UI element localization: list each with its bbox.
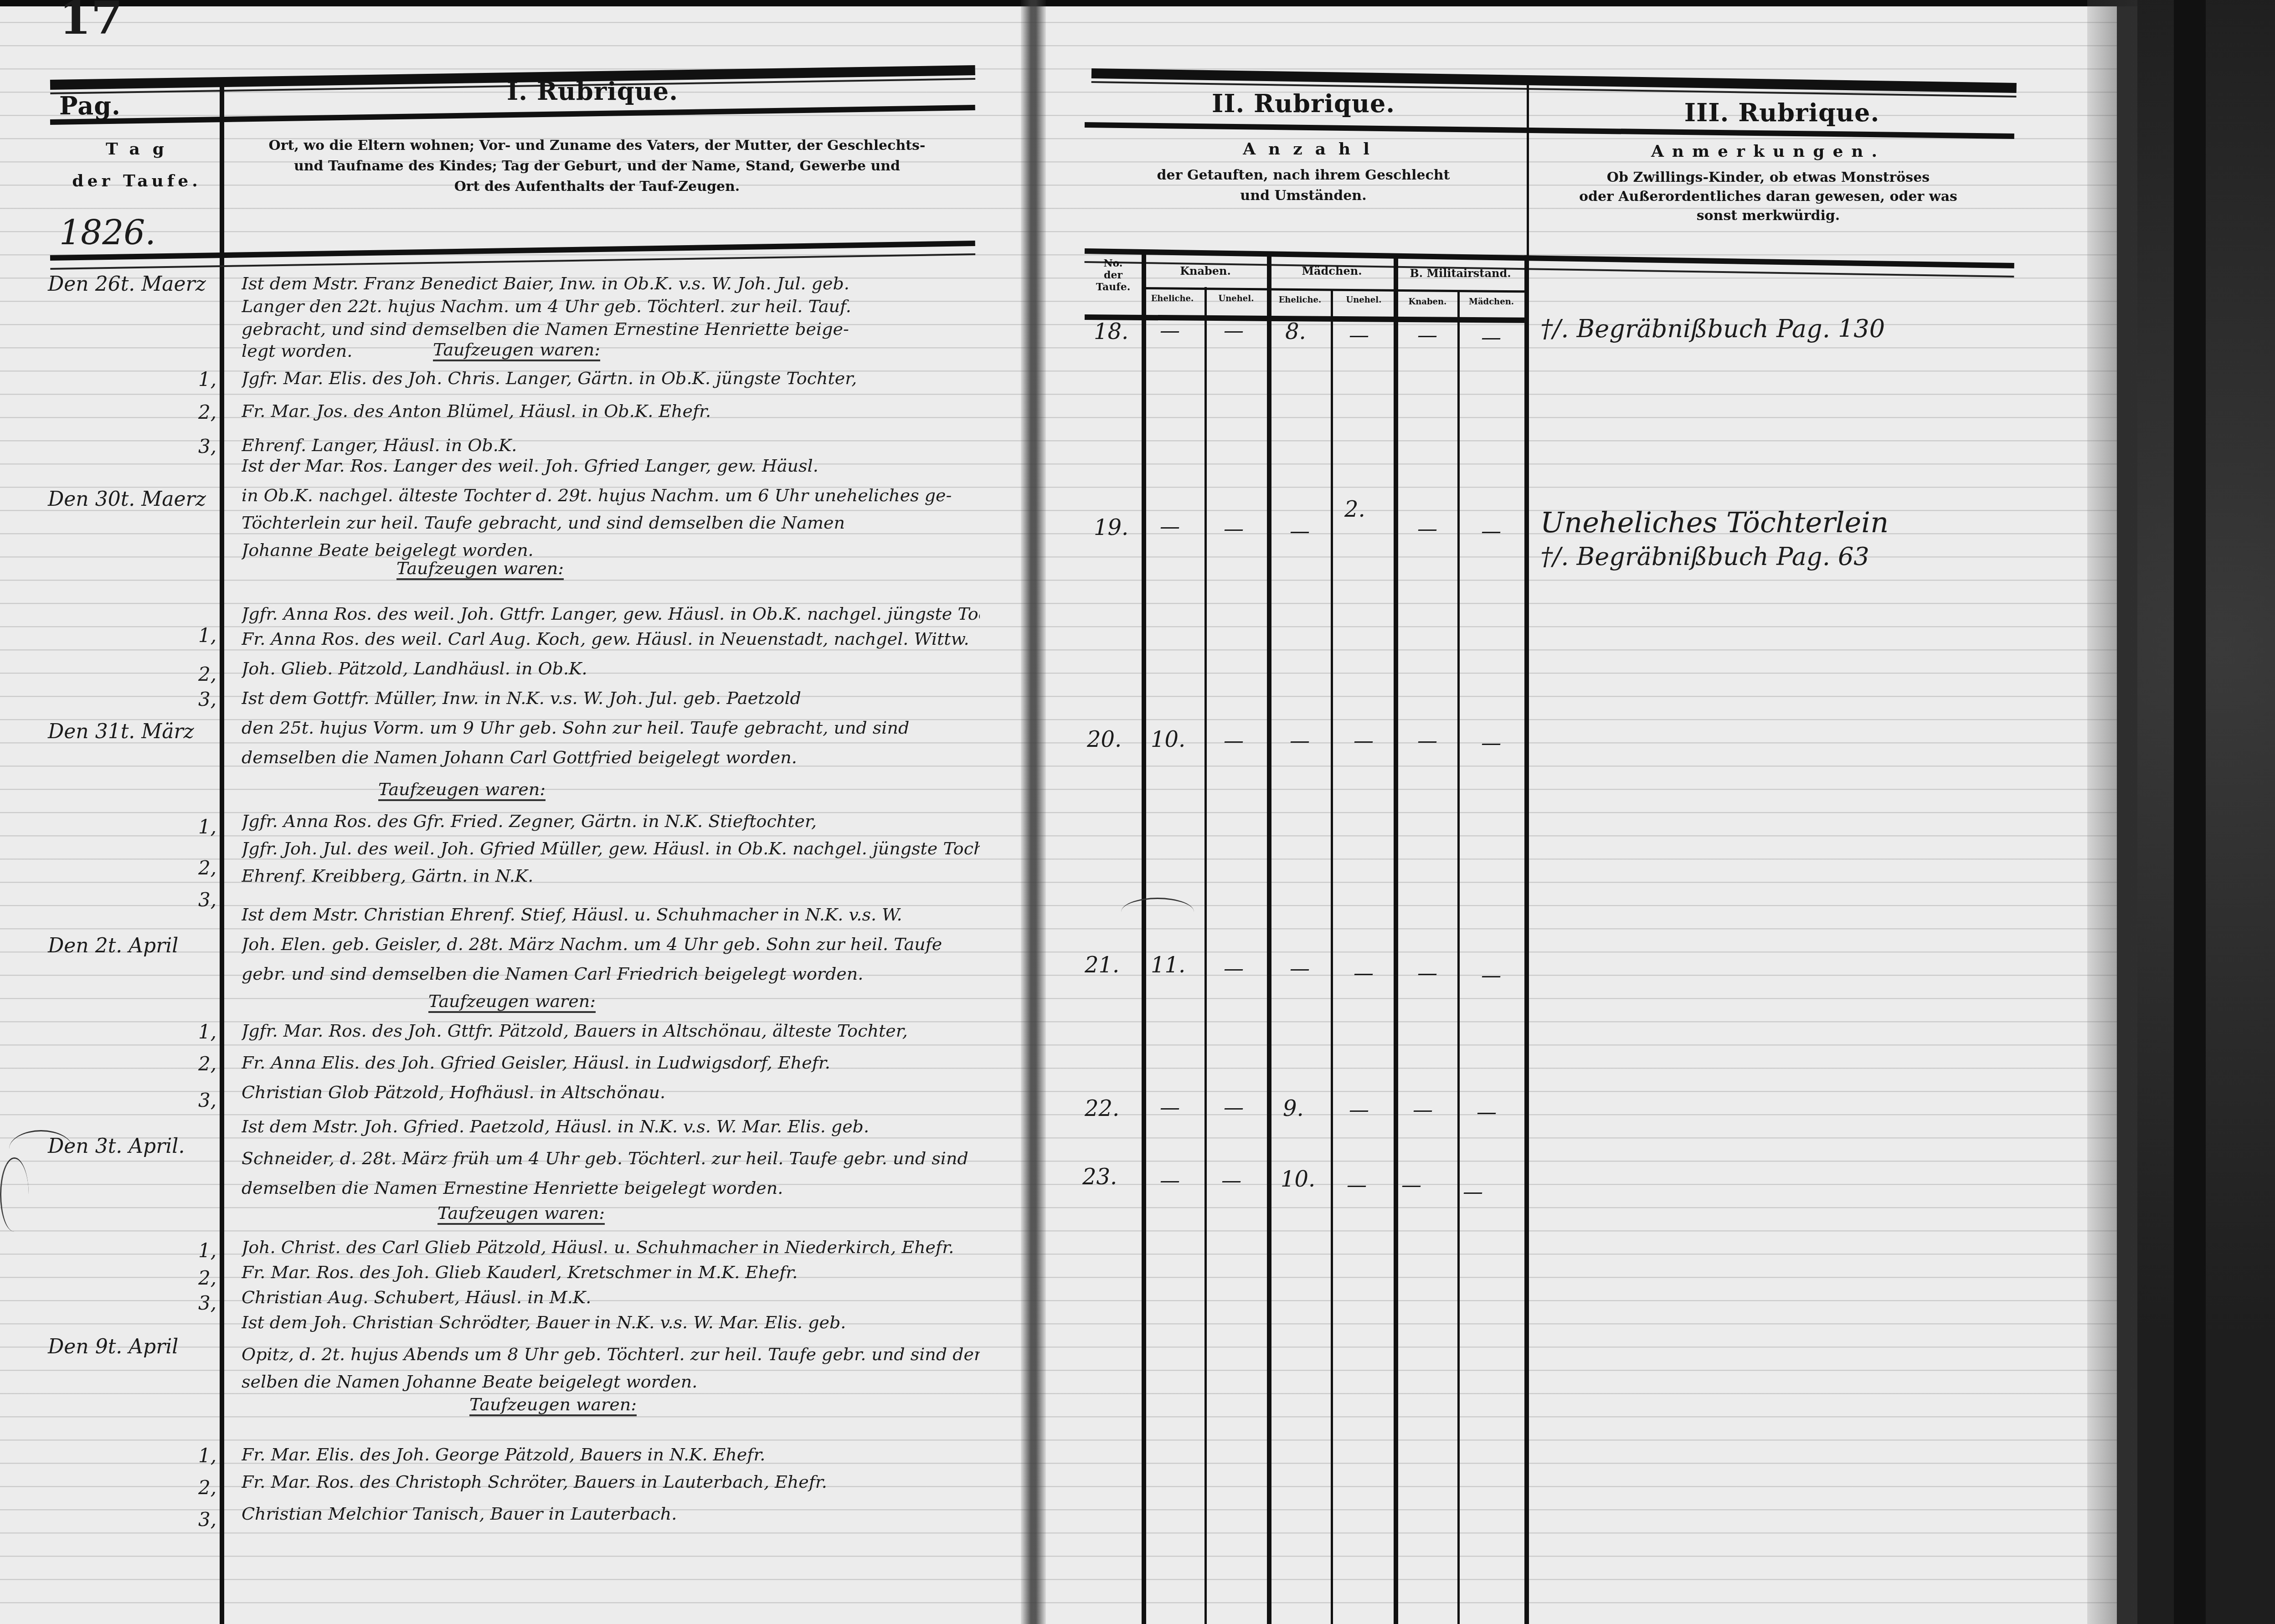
pag-header: Pag.: [59, 91, 150, 120]
entry-2-witness-1: Jgfr. Anna Ros. des weil. Joh. Gttfr. La…: [242, 604, 980, 624]
entry-1-line-3: gebracht, und sind demselben die Namen E…: [242, 319, 980, 339]
row-20-maedchen-unehel: —: [1354, 729, 1374, 752]
entry-4-line-3: gebr. und sind demselben die Namen Carl …: [242, 964, 980, 984]
row-18-mil-knaben: —: [1417, 324, 1437, 347]
row-19-no: 19.: [1094, 515, 1128, 540]
entry-6-witness-2-num: 2,: [198, 1476, 216, 1499]
row-19-mil-maedchen: —: [1481, 519, 1501, 543]
entry-6-witness-heading: Taufzeugen waren:: [469, 1394, 637, 1416]
rubrique-3-desc-2: oder Außerordentliches daran gewesen, od…: [1549, 188, 1987, 206]
row-18-maedchen-unehel: —: [1349, 324, 1369, 347]
entry-4-witness-3-num: 3,: [198, 1089, 216, 1111]
row-21-maedchen-unehel: —: [1354, 961, 1374, 985]
row-23-no: 23.: [1082, 1164, 1117, 1190]
scan-background: [2137, 0, 2275, 1624]
entry-6-witness-3: Christian Melchior Tanisch, Bauer in Lau…: [242, 1504, 980, 1524]
pag-column-divider: [220, 87, 224, 1624]
knaben-header: Knaben.: [1144, 264, 1267, 278]
entry-1-witness-1: Jgfr. Mar. Elis. des Joh. Chris. Langer,…: [242, 368, 980, 388]
page-edge-shadow: [2087, 0, 2137, 1624]
entry-3-date: Den 31t. März: [48, 720, 194, 743]
maedchen-unehel-header: Unehel.: [1333, 295, 1395, 305]
entry-3-line-2: den 25t. hujus Vorm. um 9 Uhr geb. Sohn …: [242, 718, 980, 738]
row-21-mil-knaben: —: [1417, 961, 1437, 985]
entry-3-witness-2: Jgfr. Joh. Jul. des weil. Joh. Gfried Mü…: [242, 838, 980, 858]
entry-1-witness-heading: Taufzeugen waren:: [433, 339, 600, 361]
entry-5-witness-1-num: 1,: [198, 1239, 216, 1262]
entry-1-witness-2-num: 2,: [198, 401, 216, 423]
entry-2-date: Den 30t. Maerz: [48, 488, 206, 511]
entry-2-witness-3-num: 3,: [198, 688, 216, 710]
rubrique-2-desc-1: der Getauften, nach ihrem Geschlecht: [1085, 166, 1522, 185]
entry-4-witness-3: Christian Glob Pätzold, Hofhäusl. in Alt…: [242, 1082, 980, 1102]
row-18-knaben-ehel: —: [1160, 319, 1180, 342]
entry-6-date: Den 9t. April: [48, 1335, 178, 1358]
entry-4-witness-1-num: 1,: [198, 1021, 216, 1043]
entry-1-date: Den 26t. Maerz: [48, 272, 206, 296]
register-year: 1826.: [59, 213, 156, 252]
pencil-scribble: [0, 1157, 29, 1232]
entry-1-witness-1-num: 1,: [198, 368, 216, 391]
anzahl-title: Anzahl: [1148, 137, 1477, 161]
entry-3-line-1: Ist dem Gottfr. Müller, Inw. in N.K. v.s…: [242, 688, 980, 708]
rubrique-1-desc-1: Ort, wo die Eltern wohnen; Vor- und Zuna…: [228, 137, 966, 155]
knaben-unehel-header: Unehel.: [1205, 294, 1267, 303]
entry-4-witness-2: Fr. Anna Elis. des Joh. Gfried Geisler, …: [242, 1053, 980, 1073]
col-line-knaben-split: [1204, 287, 1207, 1624]
row-22-maedchen-ehel: 9.: [1283, 1096, 1304, 1121]
entry-3-witness-1-num: 1,: [198, 816, 216, 838]
entry-2-line-1: Ist der Mar. Ros. Langer des weil. Joh. …: [242, 456, 980, 476]
entry-5-witness-1: Joh. Christ. des Carl Glieb Pätzold, Häu…: [242, 1237, 980, 1257]
mil-knaben-header: Knaben.: [1397, 297, 1458, 307]
anmerkungen-title: Anmerkungen.: [1559, 139, 1978, 164]
col-line-maedchen: [1394, 257, 1398, 1624]
militairstand-header: B. Militairstand.: [1395, 267, 1525, 280]
entry-3-witness-2-num: 2,: [198, 857, 216, 879]
rubrique-3-desc-3: sonst merkwürdig.: [1549, 207, 1987, 225]
rubrique-2-desc-2: und Umständen.: [1085, 187, 1522, 205]
entry-3-witness-3-num: 3,: [198, 889, 216, 911]
entry-5-witness-2-num: 2,: [198, 1267, 216, 1289]
row-22-mil-knaben: —: [1413, 1098, 1433, 1121]
entry-6-line-2: Opitz, d. 2t. hujus Abends um 8 Uhr geb.…: [242, 1344, 980, 1364]
row-23-maedchen-ehel: 10.: [1281, 1167, 1315, 1192]
row-18-knaben-unehel: —: [1224, 319, 1244, 342]
row-20-no: 20.: [1087, 727, 1122, 752]
right-page: [1032, 0, 2117, 1624]
row-22-no: 22.: [1085, 1096, 1119, 1121]
row-19-note-2: †/. Begräbnißbuch Pag. 63: [1540, 542, 1869, 571]
entry-3-line-3: demselben die Namen Johann Carl Gottfrie…: [242, 747, 980, 767]
page-number: 17: [59, 0, 123, 45]
row-22-knaben-unehel: —: [1224, 1096, 1244, 1119]
entry-5-line-1: Ist dem Mstr. Joh. Gfried. Paetzold, Häu…: [242, 1116, 980, 1136]
entry-4-witness-1: Jgfr. Mar. Ros. des Joh. Gttfr. Pätzold,…: [242, 1021, 980, 1041]
row-18-mil-maedchen: —: [1481, 326, 1501, 349]
tag-label: Tag: [68, 137, 214, 161]
row-20-knaben-unehel: —: [1224, 729, 1244, 752]
row-21-maedchen-ehel: —: [1290, 957, 1310, 980]
entry-2-line-2: in Ob.K. nachgel. älteste Tochter d. 29t…: [242, 485, 980, 505]
entry-2-line-4: Johanne Beate beigelegt worden.: [242, 540, 980, 560]
row-20-mil-knaben: —: [1417, 729, 1437, 752]
entry-2-witness-3: Joh. Glieb. Pätzold, Landhäusl. in Ob.K.: [242, 658, 980, 678]
entry-5-line-2: Schneider, d. 28t. März früh um 4 Uhr ge…: [242, 1148, 980, 1168]
row-21-no: 21.: [1085, 952, 1119, 978]
entry-6-witness-2: Fr. Mar. Ros. des Christoph Schröter, Ba…: [242, 1472, 980, 1492]
col-line-no: [1142, 253, 1146, 1624]
row-21-knaben-ehel: 11.: [1151, 952, 1185, 978]
entry-1-witness-3: Ehrenf. Langer, Häusl. in Ob.K.: [242, 435, 980, 455]
row-18-no: 18.: [1094, 319, 1128, 344]
entry-1-line-1: Ist dem Mstr. Franz Benedict Baier, Inw.…: [242, 273, 980, 293]
entry-5-witness-2: Fr. Mar. Ros. des Joh. Glieb Kauderl, Kr…: [242, 1262, 980, 1282]
book-gutter: [1021, 0, 1046, 1624]
row-23-mil-maedchen: —: [1463, 1180, 1483, 1203]
entry-5-witness-heading: Taufzeugen waren:: [437, 1203, 605, 1225]
rubrique-3-desc-1: Ob Zwillings-Kinder, ob etwas Monströses: [1549, 169, 1987, 187]
entry-5-line-3: demselben die Namen Ernestine Henriette …: [242, 1178, 980, 1198]
entry-6-witness-1-num: 1,: [198, 1444, 216, 1467]
row-21-mil-maedchen: —: [1481, 964, 1501, 987]
row-23-mil-knaben: —: [1401, 1173, 1421, 1197]
row-22-maedchen-unehel: —: [1349, 1098, 1369, 1121]
col-line-militair: [1524, 255, 1529, 1624]
entry-5-witness-3-num: 3,: [198, 1292, 216, 1314]
row-23-knaben-unehel: —: [1221, 1169, 1241, 1192]
rubrique-2-header: II. Rubrique.: [1167, 89, 1440, 118]
entry-2-line-3: Töchterlein zur heil. Taufe gebracht, un…: [242, 513, 980, 533]
entry-4-date: Den 2t. April: [48, 934, 178, 957]
row-22-mil-maedchen: —: [1477, 1100, 1497, 1124]
scan-top-edge: [0, 0, 2275, 6]
entry-2-witness-2: Fr. Anna Ros. des weil. Carl Aug. Koch, …: [242, 629, 980, 649]
col-line-mil-split: [1457, 292, 1460, 1624]
row-21-knaben-unehel: —: [1224, 957, 1244, 980]
entry-5-witness-3: Christian Aug. Schubert, Häusl. in M.K.: [242, 1287, 980, 1307]
entry-2-witness-1-num: 1,: [198, 624, 216, 647]
row-20-maedchen-ehel: —: [1290, 729, 1310, 752]
rubrique-1-desc-3: Ort des Aufenthalts der Tauf-Zeugen.: [228, 178, 966, 196]
entry-3-witness-3: Ehrenf. Kreibberg, Gärtn. in N.K.: [242, 866, 980, 886]
mil-maedchen-header: Mädchen.: [1461, 297, 1522, 307]
entry-6-line-3: selben die Namen Johanne Beate beigelegt…: [242, 1372, 980, 1392]
entry-1-line-4: legt worden.: [242, 341, 980, 361]
row-20-knaben-ehel: 10.: [1151, 727, 1185, 752]
row-19-mil-knaben: —: [1417, 517, 1437, 540]
entry-3-witness-1: Jgfr. Anna Ros. des Gfr. Fried. Zegner, …: [242, 811, 980, 831]
row-18-maedchen-ehel: 8.: [1285, 319, 1306, 344]
der-taufe-label: der Taufe.: [59, 169, 214, 193]
entry-4-witness-heading: Taufzeugen waren:: [428, 991, 596, 1013]
no-label: No. der Taufe.: [1087, 257, 1139, 293]
row-19-knaben-unehel: —: [1224, 517, 1244, 540]
entry-1-witness-2: Fr. Mar. Jos. des Anton Blümel, Häusl. i…: [242, 401, 980, 421]
rubrique-1-header: I. Rubrique.: [456, 77, 729, 106]
row-19-maedchen-ehel: —: [1290, 519, 1310, 543]
row-23-knaben-ehel: —: [1160, 1169, 1180, 1192]
row-20-mil-maedchen: —: [1481, 731, 1501, 755]
pencil-mark: [1121, 898, 1194, 926]
entry-1-witness-3-num: 3,: [198, 435, 216, 457]
entry-4-line-2: Joh. Elen. geb. Geisler, d. 28t. März Na…: [242, 934, 980, 954]
entry-6-witness-1: Fr. Mar. Elis. des Joh. George Pätzold, …: [242, 1444, 980, 1465]
row-19-maedchen-unehel: 2.: [1344, 497, 1365, 522]
entry-4-witness-2-num: 2,: [198, 1053, 216, 1075]
row-23-maedchen-unehel: —: [1347, 1173, 1367, 1197]
rubrique-3-header: III. Rubrique.: [1622, 98, 1941, 127]
no-label-line: No.: [1087, 257, 1139, 269]
maedchen-header: Mädchen.: [1269, 264, 1395, 278]
no-label-line: Taufe.: [1087, 281, 1139, 293]
rubrique-1-desc-2: und Taufname des Kindes; Tag der Geburt,…: [228, 157, 966, 175]
no-label-line: der: [1087, 269, 1139, 281]
maedchen-ehel-header: Eheliche.: [1269, 295, 1331, 305]
rubrique-2-3-divider: [1527, 82, 1529, 278]
entry-3-witness-heading: Taufzeugen waren:: [378, 779, 546, 801]
col-line-maedchen-split: [1331, 289, 1333, 1624]
book-cover-edge: [2174, 0, 2206, 1624]
entry-4-line-1: Ist dem Mstr. Christian Ehrenf. Stief, H…: [242, 905, 980, 925]
entry-2-witness-heading: Taufzeugen waren:: [396, 558, 564, 580]
row-19-note-1: Uneheliches Töchterlein: [1540, 506, 1889, 539]
row-18-note: †/. Begräbnißbuch Pag. 130: [1540, 314, 1885, 343]
entry-6-line-1: Ist dem Joh. Christian Schrödter, Bauer …: [242, 1312, 980, 1332]
entry-1-line-2: Langer den 22t. hujus Nachm. um 4 Uhr ge…: [242, 296, 980, 316]
entry-2-witness-2-num: 2,: [198, 663, 216, 685]
knaben-ehel-header: Eheliche.: [1142, 294, 1203, 303]
row-19-knaben-ehel: —: [1160, 515, 1180, 538]
col-line-knaben: [1267, 255, 1271, 1624]
row-22-knaben-ehel: —: [1160, 1096, 1180, 1119]
entry-6-witness-3-num: 3,: [198, 1508, 216, 1531]
